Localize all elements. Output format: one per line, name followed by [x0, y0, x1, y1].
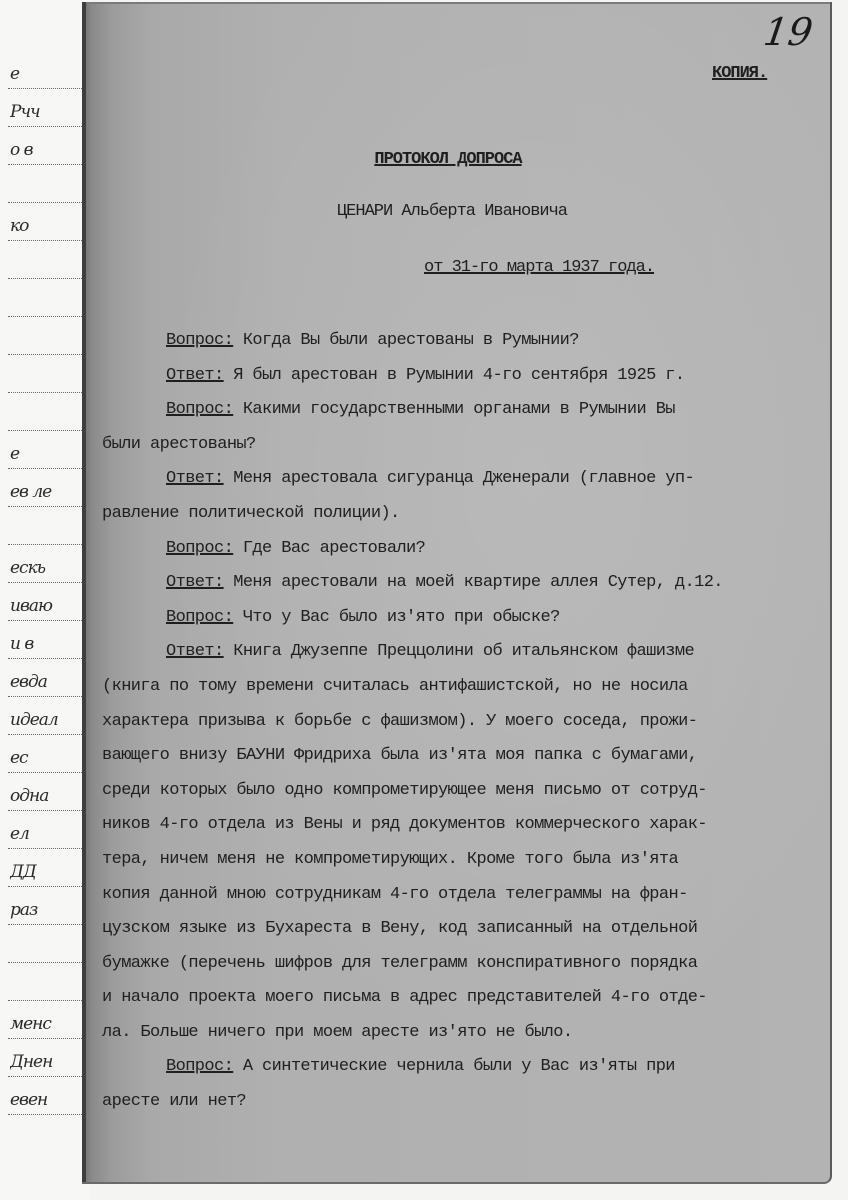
ruled-line	[8, 658, 86, 659]
line-text: равление политической полиции).	[102, 504, 400, 523]
line-text: цузском языке из Бухареста в Вену, код з…	[102, 919, 697, 938]
line-text: вающего внизу БАУНИ Фридриха была из'ята…	[102, 746, 697, 765]
qa-label: Ответ:	[166, 642, 224, 661]
answer-line: Ответ: Меня арестовали на моей квартире …	[102, 566, 812, 601]
document-subject: ЦЕНАРИ Альберта Ивановича	[78, 202, 826, 221]
ruled-line	[8, 506, 86, 507]
ruled-line	[8, 1000, 86, 1001]
typed-document-sheet: 19 КОПИЯ. ПРОТОКОЛ ДОПРОСА ЦЕНАРИ Альбер…	[82, 2, 832, 1184]
text-line: тера, ничем меня не компрометирующих. Кр…	[102, 843, 812, 878]
ruled-line	[8, 848, 86, 849]
text-line: были арестованы?	[102, 428, 812, 463]
ruled-line	[8, 1076, 86, 1077]
ruled-line	[8, 126, 86, 127]
line-text: Меня арестовала сигуранца Дженерали (гла…	[224, 469, 694, 488]
line-text: Когда Вы были арестованы в Румынии?	[233, 331, 579, 350]
ruled-line	[8, 468, 86, 469]
ruled-line	[8, 240, 86, 241]
line-text: Где Вас арестовали?	[233, 539, 425, 558]
line-text: ла. Больше ничего при моем аресте из'ято…	[102, 1023, 572, 1042]
ruled-line	[8, 924, 86, 925]
question-line: Вопрос: Когда Вы были арестованы в Румын…	[102, 324, 812, 359]
text-line: равление политической полиции).	[102, 497, 812, 532]
question-line: Вопрос: Что у Вас было из'ято при обыске…	[102, 601, 812, 636]
qa-label: Вопрос:	[166, 608, 233, 627]
line-text: среди которых было одно компрометирующее…	[102, 781, 707, 800]
line-text: Книга Джузеппе Преццолини об итальянском…	[224, 642, 694, 661]
handwritten-fragment: е	[10, 444, 88, 464]
ruled-line	[8, 202, 86, 203]
text-line: бумажке (перечень шифров для телеграмм к…	[102, 947, 812, 982]
line-text: характера призыва к борьбе с фашизмом). …	[102, 712, 697, 731]
handwritten-fragment: менс	[10, 1014, 88, 1034]
qa-label: Ответ:	[166, 469, 224, 488]
ruled-line	[8, 88, 86, 89]
handwritten-fragment: ел	[10, 824, 88, 844]
question-line: Вопрос: Какими государственными органами…	[102, 393, 812, 428]
text-line: ников 4-го отдела из Вены и ряд документ…	[102, 808, 812, 843]
handwritten-fragment: идеал	[10, 710, 88, 730]
line-text: Что у Вас было из'ято при обыске?	[233, 608, 559, 627]
line-text: ников 4-го отдела из Вены и ряд документ…	[102, 815, 707, 834]
text-line: характера призыва к борьбе с фашизмом). …	[102, 705, 812, 740]
underlying-handwritten-page: eРччо вкоеев леескьиваюи вевдаидеалесодн…	[0, 0, 90, 1200]
ruled-line	[8, 544, 86, 545]
handwritten-fragment: Рчч	[10, 102, 88, 122]
ruled-line	[8, 734, 86, 735]
ruled-line	[8, 316, 86, 317]
ruled-line	[8, 582, 86, 583]
text-line: вающего внизу БАУНИ Фридриха была из'ята…	[102, 739, 812, 774]
handwritten-fragment: e	[10, 64, 88, 84]
line-text: тера, ничем меня не компрометирующих. Кр…	[102, 850, 678, 869]
document-title: ПРОТОКОЛ ДОПРОСА	[374, 150, 521, 169]
ruled-line	[8, 810, 86, 811]
line-text: Я был арестован в Румынии 4-го сентября …	[224, 366, 685, 385]
line-text: А синтетические чернила были у Вас из'ят…	[233, 1057, 675, 1076]
handwritten-fragment: раз	[10, 900, 88, 920]
qa-label: Ответ:	[166, 366, 224, 385]
ruled-line	[8, 354, 86, 355]
handwritten-fragment: и в	[10, 634, 88, 654]
ruled-line	[8, 620, 86, 621]
qa-label: Вопрос:	[166, 331, 233, 350]
ruled-line	[8, 1038, 86, 1039]
handwritten-fragment: ев ле	[10, 482, 88, 502]
handwritten-fragment: ко	[10, 216, 88, 236]
interrogation-body: Вопрос: Когда Вы были арестованы в Румын…	[102, 324, 812, 1120]
line-text: Какими государственными органами в Румын…	[233, 400, 675, 419]
handwritten-fragment: ескь	[10, 558, 88, 578]
text-line: аресте или нет?	[102, 1085, 812, 1120]
handwritten-fragment: евен	[10, 1090, 88, 1110]
text-line: цузском языке из Бухареста в Вену, код з…	[102, 912, 812, 947]
answer-line: Ответ: Книга Джузеппе Преццолини об итал…	[102, 635, 812, 670]
qa-label: Вопрос:	[166, 539, 233, 558]
line-text: были арестованы?	[102, 435, 256, 454]
line-text: и начало проекта моего письма в адрес пр…	[102, 988, 707, 1007]
handwritten-fragment: Днен	[10, 1052, 88, 1072]
line-text: Меня арестовали на моей квартире аллея С…	[224, 573, 723, 592]
document-title-wrap: ПРОТОКОЛ ДОПРОСА	[74, 150, 822, 169]
line-text: копия данной мною сотрудникам 4-го отдел…	[102, 885, 688, 904]
ruled-line	[8, 392, 86, 393]
ruled-line	[8, 772, 86, 773]
ruled-line	[8, 886, 86, 887]
question-line: Вопрос: Где Вас арестовали?	[102, 532, 812, 567]
ruled-line	[8, 278, 86, 279]
answer-line: Ответ: Я был арестован в Румынии 4-го се…	[102, 359, 812, 394]
text-line: (книга по тому времени считалась антифаш…	[102, 670, 812, 705]
text-line: ла. Больше ничего при моем аресте из'ято…	[102, 1016, 812, 1051]
line-text: (книга по тому времени считалась антифаш…	[102, 677, 688, 696]
qa-label: Ответ:	[166, 573, 224, 592]
text-line: среди которых было одно компрометирующее…	[102, 774, 812, 809]
answer-line: Ответ: Меня арестовала сигуранца Дженера…	[102, 462, 812, 497]
handwritten-fragment: ес	[10, 748, 88, 768]
text-line: и начало проекта моего письма в адрес пр…	[102, 981, 812, 1016]
qa-label: Вопрос:	[166, 400, 233, 419]
document-date: от 31-го марта 1937 года.	[424, 258, 654, 277]
copy-mark: КОПИЯ.	[712, 64, 767, 83]
question-line: Вопрос: А синтетические чернила были у В…	[102, 1050, 812, 1085]
qa-label: Вопрос:	[166, 1057, 233, 1076]
line-text: аресте или нет?	[102, 1092, 246, 1111]
ruled-line	[8, 696, 86, 697]
handwritten-fragment: иваю	[10, 596, 88, 616]
handwritten-sheet-number: 19	[761, 10, 816, 54]
text-line: копия данной мною сотрудникам 4-го отдел…	[102, 878, 812, 913]
line-text: бумажке (перечень шифров для телеграмм к…	[102, 954, 697, 973]
ruled-line	[8, 962, 86, 963]
handwritten-fragment: одна	[10, 786, 88, 806]
ruled-line	[8, 430, 86, 431]
handwritten-fragment: ДД	[10, 862, 88, 882]
handwritten-fragment: евда	[10, 672, 88, 692]
ruled-line	[8, 1114, 86, 1115]
